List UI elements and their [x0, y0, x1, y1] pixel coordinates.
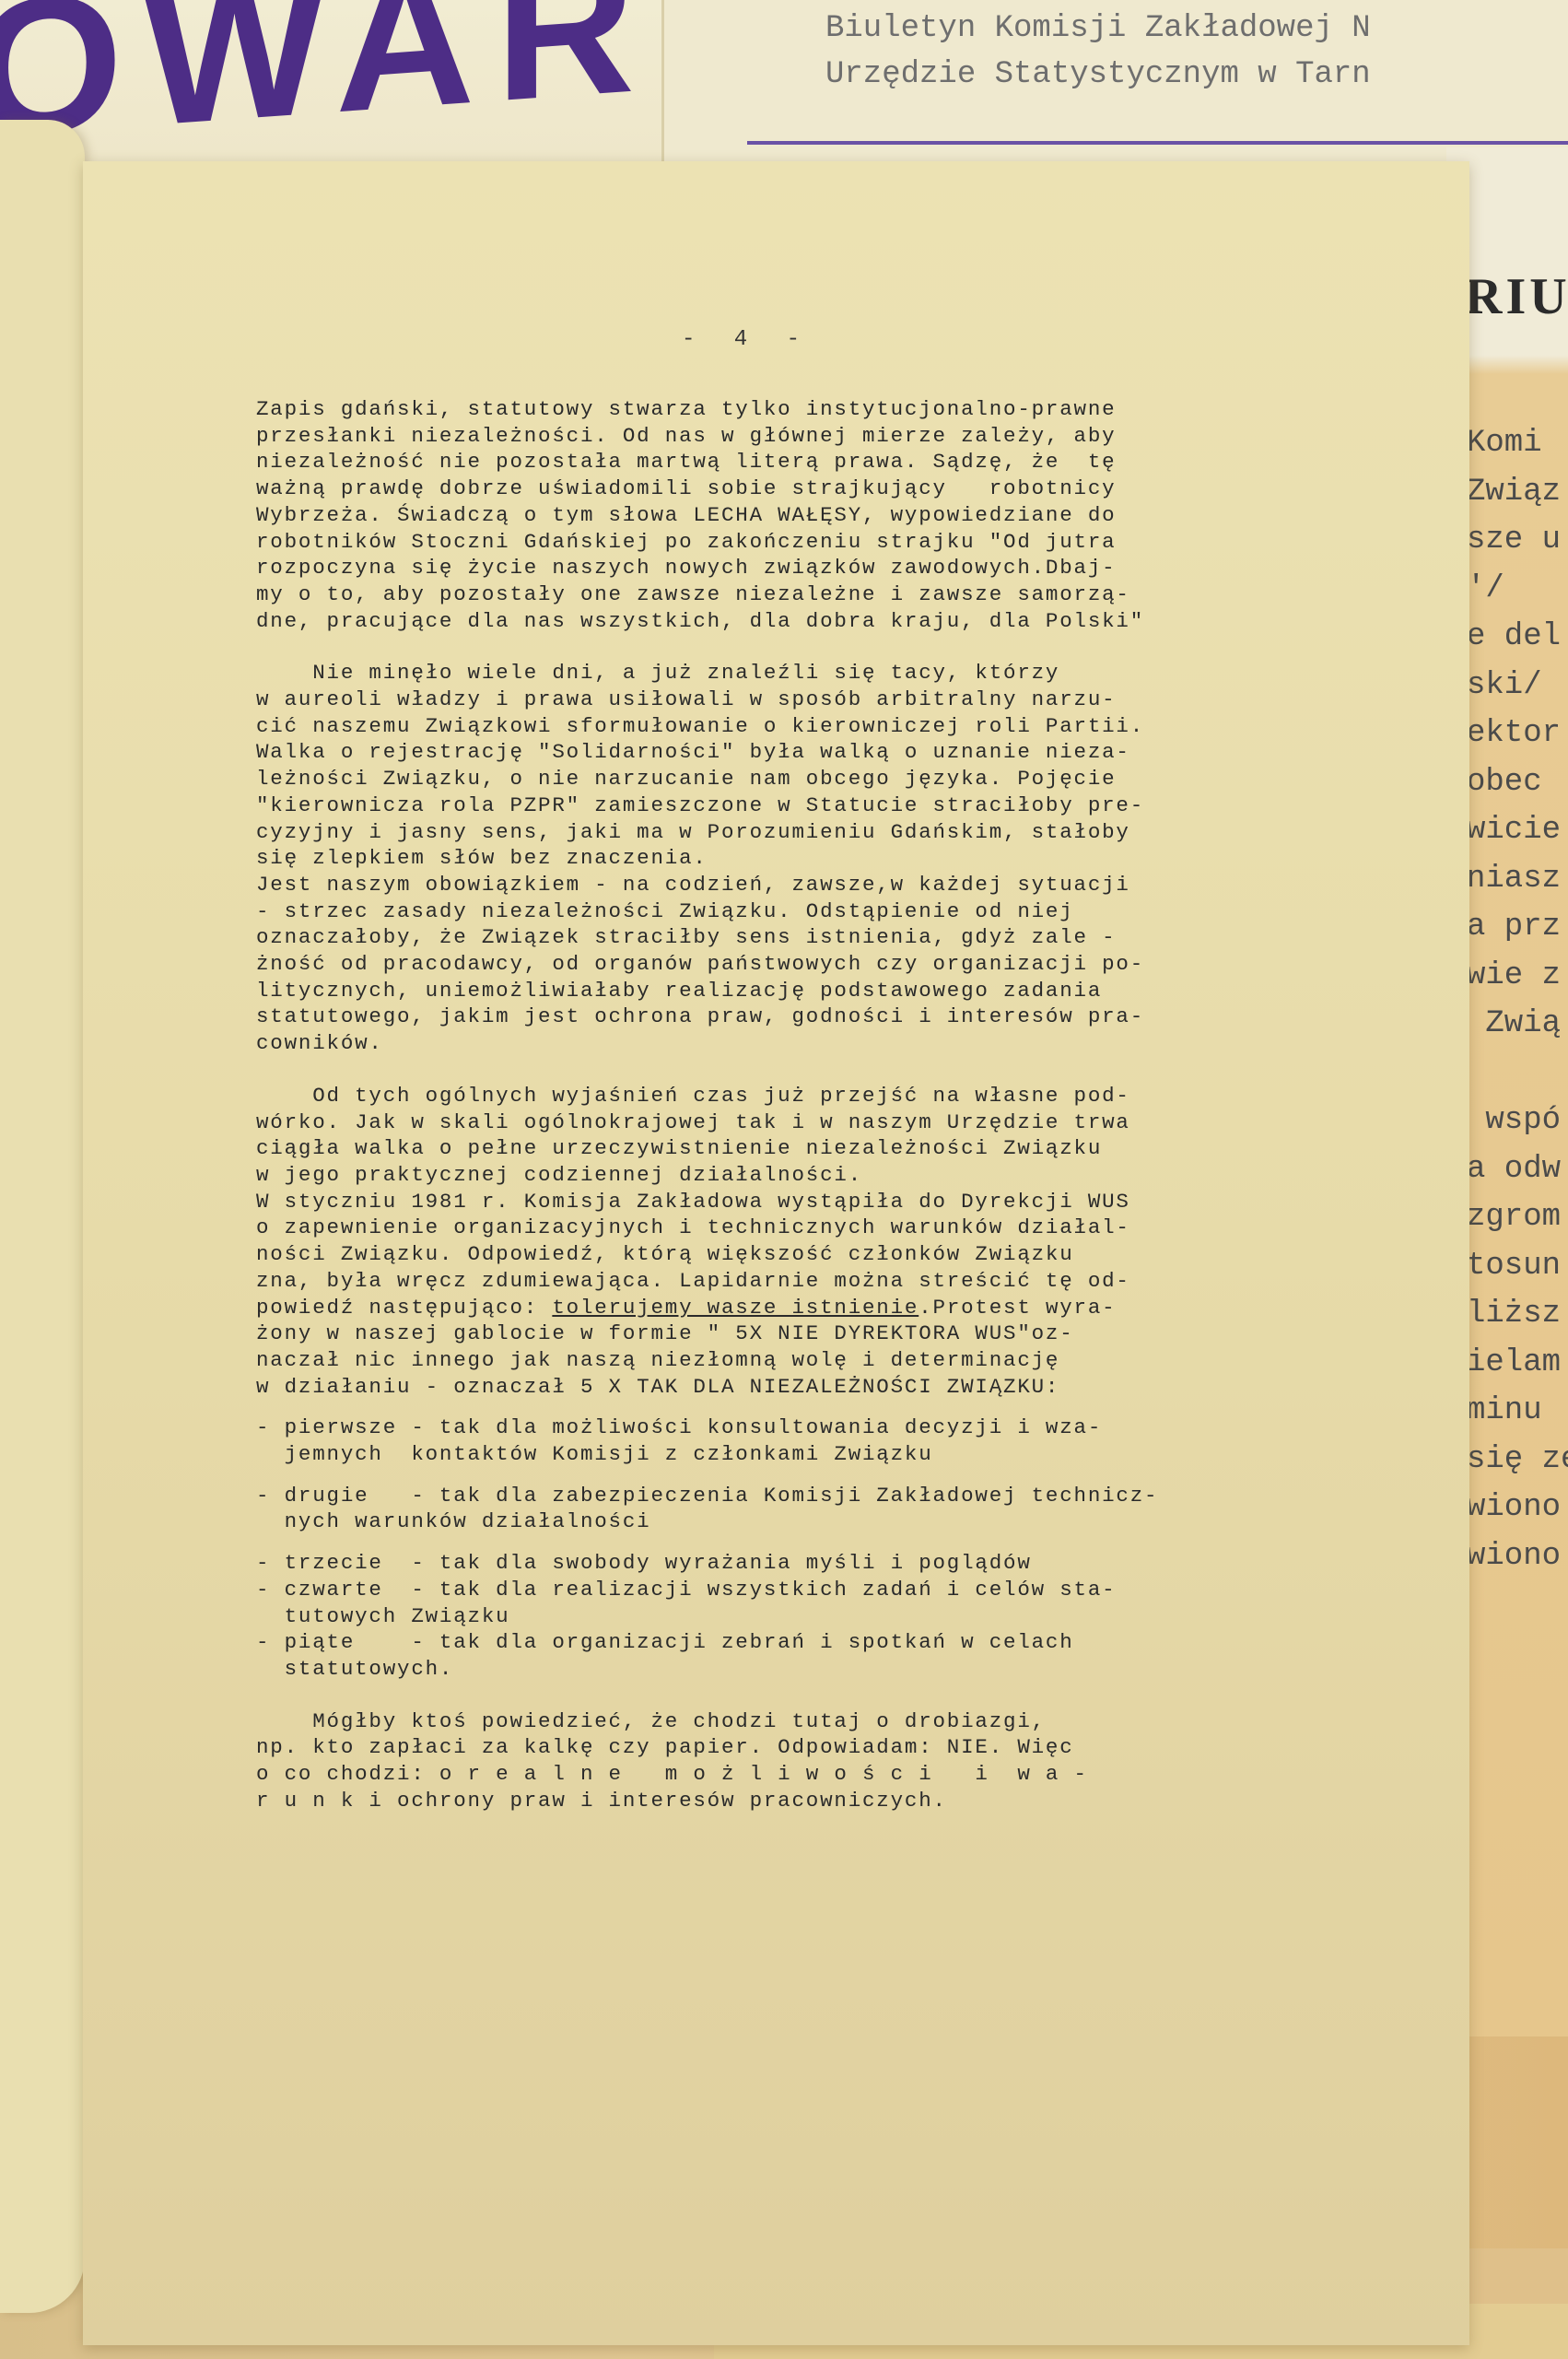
text-line: robotników Stoczni Gdańskiej po zakończe…	[256, 529, 1352, 556]
list-item-line: - pierwsze - tak dla możliwości konsulto…	[256, 1414, 1352, 1441]
text-line: leżności Związku, o nie narzucanie nam o…	[256, 766, 1352, 792]
text-line: cyzyjny i jasny sens, jaki ma w Porozumi…	[256, 819, 1352, 846]
text-line: r u n k i ochrony praw i interesów praco…	[256, 1788, 1352, 1814]
text-line: oznaczałoby, że Związek straciłby sens i…	[256, 924, 1352, 951]
text-line: naczał nic innego jak naszą niezłomną wo…	[256, 1347, 1352, 1374]
list-item-line: tutowych Związku	[256, 1603, 1352, 1630]
text-line: o zapewnienie organizacyjnych i technicz…	[256, 1215, 1352, 1241]
paragraph-3: Od tych ogólnych wyjaśnień czas już prze…	[256, 1083, 1352, 1400]
list-item-line: nych warunków działalności	[256, 1508, 1352, 1535]
text-line: Od tych ogólnych wyjaśnień czas już prze…	[256, 1083, 1352, 1109]
bulletin-rule	[747, 141, 1568, 145]
text-line: Mógłby ktoś powiedzieć, że chodzi tutaj …	[256, 1708, 1352, 1735]
list-item-line: jemnych kontaktów Komisji z członkami Zw…	[256, 1441, 1352, 1468]
list-item-pierwsze: - pierwsze - tak dla możliwości konsulto…	[256, 1414, 1352, 1467]
list-item-line: statutowych.	[256, 1656, 1352, 1683]
list-item-piąte: - piąte - tak dla organizacji zebrań i s…	[256, 1629, 1352, 1682]
text-line: dne, pracujące dla nas wszystkich, dla d…	[256, 608, 1352, 635]
poster-fragment: OWAR	[0, 0, 663, 175]
text-line: cowników.	[256, 1030, 1352, 1057]
typewritten-page: - 4 - Zapis gdański, statutowy stwarza t…	[83, 161, 1469, 2345]
list-item-czwarte: - czwarte - tak dla realizacji wszystkic…	[256, 1577, 1352, 1629]
bulletin-title-line: Biuletyn Komisji Zakładowej N	[825, 6, 1371, 52]
text-line: w aureoli władzy i prawa usiłowali w spo…	[256, 687, 1352, 713]
paragraph-2: Nie minęło wiele dni, a już znaleźli się…	[256, 660, 1352, 1057]
underlined-line: powiedź następująco: tolerujemy wasze is…	[256, 1295, 1352, 1321]
text-line: w działaniu - oznaczał 5 X TAK DLA NIEZA…	[256, 1374, 1352, 1401]
text-line: W styczniu 1981 r. Komisja Zakładowa wys…	[256, 1189, 1352, 1215]
text-line: Walka o rejestrację "Solidarności" była …	[256, 739, 1352, 766]
text-line: niezależność nie pozostała martwą literą…	[256, 449, 1352, 475]
text-line: ważną prawdę dobrze uświadomili sobie st…	[256, 475, 1352, 502]
text-line: ciągła walka o pełne urzeczywistnienie n…	[256, 1135, 1352, 1162]
right-doc-heading: RIU	[1465, 267, 1568, 326]
text-line: my o to, aby pozostały one zawsze niezal…	[256, 581, 1352, 608]
text-line: wórko. Jak w skali ogólnokrajowej tak i …	[256, 1109, 1352, 1136]
list-item-line: - czwarte - tak dla realizacji wszystkic…	[256, 1577, 1352, 1603]
text-line: Jest naszym obowiązkiem - na codzień, za…	[256, 872, 1352, 898]
text-line: o co chodzi: o r e a l n e m o ż l i w o…	[256, 1761, 1352, 1788]
text-line: Nie minęło wiele dni, a już znaleźli się…	[256, 660, 1352, 687]
list-item-line: - trzecie - tak dla swobody wyrażania my…	[256, 1550, 1352, 1577]
list-item-drugie: - drugie - tak dla zabezpieczenia Komisj…	[256, 1483, 1352, 1535]
text-line: statutowego, jakim jest ochrona praw, go…	[256, 1003, 1352, 1030]
text-line: przesłanki niezależności. Od nas w główn…	[256, 423, 1352, 450]
page-body: Zapis gdański, statutowy stwarza tylko i…	[256, 396, 1352, 1813]
text-line: rozpoczyna się życie naszych nowych zwią…	[256, 555, 1352, 581]
text-line: cić naszemu Związkowi sformułowanie o ki…	[256, 713, 1352, 740]
bulletin-header: Biuletyn Komisji Zakładowej N Urzędzie S…	[661, 0, 1568, 170]
text-line: - strzec zasady niezależności Związku. O…	[256, 898, 1352, 925]
list-item-line: - drugie - tak dla zabezpieczenia Komisj…	[256, 1483, 1352, 1509]
text-line: się zlepkiem słów bez znaczenia.	[256, 845, 1352, 872]
text-line: w jego praktycznej codziennej działalnoś…	[256, 1162, 1352, 1189]
poster-letters: OWAR	[0, 0, 655, 175]
text-line: Wybrzeża. Świadczą o tym słowa LECHA WAŁ…	[256, 502, 1352, 529]
list-item-line: - piąte - tak dla organizacji zebrań i s…	[256, 1629, 1352, 1656]
right-doc-lines: Komi Związ sze u '/ e del ski/ ektor obe…	[1467, 419, 1568, 1580]
bulletin-title-line: Urzędzie Statystycznym w Tarn	[825, 52, 1371, 98]
text-line: żony w naszej gablocie w formie " 5X NIE…	[256, 1320, 1352, 1347]
list-item-trzecie: - trzecie - tak dla swobody wyrażania my…	[256, 1550, 1352, 1577]
page-number: - 4 -	[682, 327, 813, 352]
text-line: ności Związku. Odpowiedź, którą większoś…	[256, 1241, 1352, 1268]
text-line: litycznych, uniemożliwiałaby realizację …	[256, 978, 1352, 1004]
paragraph-1: Zapis gdański, statutowy stwarza tylko i…	[256, 396, 1352, 634]
text-line: Zapis gdański, statutowy stwarza tylko i…	[256, 396, 1352, 423]
closing-paragraph: Mógłby ktoś powiedzieć, że chodzi tutaj …	[256, 1708, 1352, 1814]
text-line: żność od pracodawcy, od organów państwow…	[256, 951, 1352, 978]
text-line: zna, była wręcz zdumiewająca. Lapidarnie…	[256, 1268, 1352, 1295]
yes-list: - pierwsze - tak dla możliwości konsulto…	[256, 1414, 1352, 1682]
underlined-phrase: tolerujemy wasze istnienie	[552, 1296, 919, 1320]
left-sheet-edge	[0, 120, 85, 2313]
text-line: "kierownicza rola PZPR" zamieszczone w S…	[256, 792, 1352, 819]
text-line: np. kto zapłaci za kalkę czy papier. Odp…	[256, 1734, 1352, 1761]
bulletin-title: Biuletyn Komisji Zakładowej N Urzędzie S…	[825, 6, 1371, 98]
